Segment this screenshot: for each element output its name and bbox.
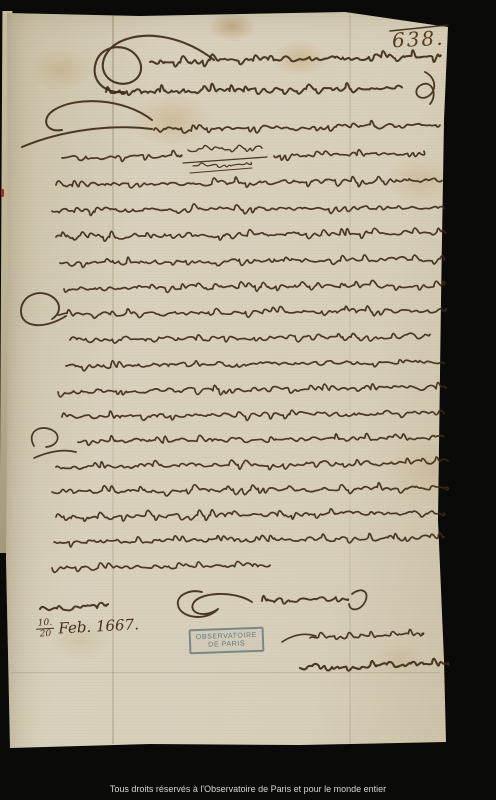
- margin-initial-loops: [32, 428, 76, 458]
- dual-date-numerator: [188, 145, 262, 152]
- date-julian: 10.: [36, 618, 55, 630]
- body-line-18: [52, 561, 270, 572]
- signature-title: [310, 629, 424, 639]
- folio-page-number: 638.: [391, 26, 445, 53]
- body-line-15: [52, 483, 448, 496]
- closing-formula: [262, 596, 348, 604]
- body-line-11: [58, 382, 446, 396]
- dual-date-underline-2: [190, 168, 252, 173]
- scanned-letter-page: 638. 10. 20 Feb. 1667. OBSERVATOIRE DE P…: [0, 0, 496, 800]
- opening-initial-flourish: [95, 36, 214, 92]
- dual-date-underline: [183, 157, 267, 163]
- body-line-4: [52, 204, 444, 216]
- body-line-3: [56, 177, 442, 188]
- body-line-6: [60, 255, 445, 268]
- handwriting-layer: [0, 0, 496, 800]
- margin-swash: [21, 293, 66, 325]
- body-line-17: [54, 533, 444, 547]
- body-line-1: [154, 121, 440, 133]
- body-line-9: [70, 333, 430, 343]
- body-line-13: [78, 433, 444, 445]
- body-line-8: [58, 306, 446, 318]
- body-line-16: [56, 509, 445, 522]
- paragraph-initial-flourish: [22, 101, 152, 147]
- place-name: [40, 603, 108, 611]
- observatoire-de-paris-stamp: OBSERVATOIRE DE PARIS: [189, 627, 265, 655]
- salutation-paraph: [416, 72, 434, 104]
- closing-swash: [178, 591, 252, 617]
- dual-date-denominator: [193, 162, 252, 167]
- closing-paraph: [349, 590, 367, 609]
- body-line-12: [62, 410, 444, 420]
- salutation-line-1: [150, 50, 441, 66]
- date-month-year: Feb. 1667.: [58, 615, 139, 637]
- body-line-5: [56, 228, 446, 241]
- date-gregorian: 20: [40, 629, 52, 640]
- signature-name: [300, 659, 449, 671]
- dual-style-date-fraction: 10. 20: [36, 618, 55, 640]
- salutation-line-2: [106, 83, 402, 95]
- body-line-7: [64, 280, 445, 292]
- body-line-14: [56, 457, 448, 470]
- body-line-2a: [62, 150, 182, 161]
- body-line-10: [66, 360, 444, 371]
- copyright-caption: Tous droits réservés à l'Observatoire de…: [0, 784, 496, 794]
- body-line-2b: [274, 150, 425, 161]
